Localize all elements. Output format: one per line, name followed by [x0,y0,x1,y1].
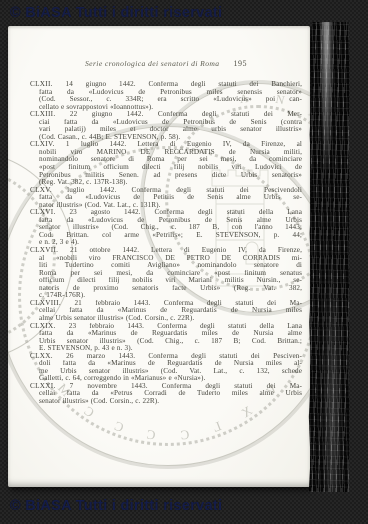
entry-line: CLXIX. 23 febbraio 1443. Conferma degli … [30,323,302,331]
entry-line: e n. 2, 3 e 4). [30,239,302,247]
stamp-letter: C [112,418,126,436]
entry-line: fatta da «Ludovicus de Petronibus miles … [30,89,302,97]
entry-line: cellato e sovrappostovi «Ioannottus»). [30,104,302,112]
entry-line: c. 174R-176R). [30,292,302,300]
entry-label: CLXX. [30,353,53,360]
entry: CLXV. luglio 1442. Conferma degli statut… [30,187,302,210]
entry-line: liti Tudertino comiti Avigliano» nominan… [30,262,302,270]
entry-line: CLXVIII. 21 febbraio 1443. Conferma degl… [30,300,302,308]
entry-line: senator illustris» (Cod. Chig., c. 187 B… [30,224,302,232]
entry: CLXXI. 7 novembre 1443. Conferma degli s… [30,383,302,406]
entry: CLXVIII. 21 febbraio 1443. Conferma degl… [30,300,302,323]
entry-label: CLXII. [30,81,53,88]
entry-line: me Urbis senator illustris» (Cod. Vat. L… [30,368,302,376]
entry-line: Cod. Brittan. col arme «Petrilis»; E. ST… [30,232,302,240]
entry-line: CLXX. 26 marzo 1443. Conferma degli stat… [30,353,302,361]
entry-line: vari palatij) miles et doctor alme urbis… [30,126,302,134]
entry-line: Roma per sei mesi, da cominciare «post f… [30,270,302,278]
entry-line: (Cod. Casan., c. 44B; E. STEVENSON, p. 5… [30,134,302,142]
entry-line: officium dilecti filij nobilis viri Mari… [30,277,302,285]
entry-label: CLXVII. [30,247,58,254]
entry-line: «post finitum officium dilecti filij nob… [30,164,302,172]
stamp-letter: L [211,418,224,436]
entry-label: CLXVIII. [30,300,61,307]
entry-line: Galletti, c. 64, correggendo in «Marianu… [30,375,302,383]
scanned-page: ANNO MCCCCLXV Serie cronologica dei sena… [8,26,310,487]
entry-line: CLXXI. 7 novembre 1443. Conferma degli s… [30,383,302,391]
entry-line: nominandolo senatore di Roma per sei mes… [30,156,302,164]
entry-label: CLXIII. [30,111,55,118]
entry-label: CLXIX. [30,323,56,330]
entry-line: nobili viro MARINO DE RECCARDATIS de Nur… [30,149,302,157]
entry-label: CLXIV. [30,141,55,148]
copyright-watermark-bottom: © BiASA Tutti i diritti riservati [10,498,222,514]
entry-label: CLXV. [30,187,52,194]
copyright-watermark-top: © BiASA Tutti i diritti riservati [10,5,222,21]
stamp-letter: C [179,427,190,444]
entry-list: CLXII. 14 giugno 1442. Conferma degli st… [30,81,302,406]
entry-line: fatta da «Marinus de Reguardatis miles d… [30,330,302,338]
entry-line: CLXIV. 1 luglio 1442. Lettera di Eugenio… [30,141,302,149]
entry: CLXIX. 23 febbraio 1443. Conferma degli … [30,323,302,353]
entry-line: senator illustris» (Cod. Corsin., c. 22R… [30,398,302,406]
entry-line: ciai fatta da «Ludovicus de Petronibus d… [30,119,302,127]
page-header: Serie cronologica dei senatori di Roma 1… [30,59,302,68]
entry-line: CLXIII. 22 giugno 1442. Conferma degli s… [30,111,302,119]
entry-line: Urbis senator illustris» (Cod. Chig., c.… [30,338,302,346]
entry-line: E. STEVENSON, p. 43 e n. 3). [30,345,302,353]
entry-line: CLXVII. 21 ottobre 1442. Lettera di Euge… [30,247,302,255]
entry-line: cellai fatta da «Marinus de Reguardatis … [30,307,302,315]
entry-line: al «nobili viro FRANCISCO DE PETRO DE CO… [30,255,302,263]
page-title: Serie cronologica dei senatori di Roma [85,59,220,68]
entry-line: nator illustris» (Cod. Vat. Lat., c. 131… [30,202,302,210]
entry-line: cellai fatta da «Petrus Corradi de Tuder… [30,390,302,398]
entry: CLXX. 26 marzo 1443. Conferma degli stat… [30,353,302,383]
entry-line: Petronibus militis Senen. ad presens dic… [30,172,302,180]
entry-line: (Reg. Vat. 382, c. 137R-138). [30,179,302,187]
entry-line: alme Urbis senator illustris» (Cod. Cors… [30,315,302,323]
entry-line: CLXV. luglio 1442. Conferma degli statut… [30,187,302,195]
entry-line: (Cod. Sessor., c. 334R; era scritto «Lud… [30,96,302,104]
entry-label: CLXVI. [30,209,56,216]
scanned-book-photo: © BiASA Tutti i diritti riservati ANNO M… [0,0,368,524]
stamp-letter: N [305,106,310,123]
entry-line: doli fatta da «Marinus de Reguardatis de… [30,360,302,368]
entry-line: natoris de proximo senatoris facte Urbis… [30,285,302,293]
stamp-letter: C [146,427,157,444]
entry: CLXVII. 21 ottobre 1442. Lettera di Euge… [30,247,302,300]
book-spine-edge [308,22,349,492]
entry: CLXIII. 22 giugno 1442. Conferma degli s… [30,111,302,141]
entry: CLXIV. 1 luglio 1442. Lettera di Eugenio… [30,141,302,186]
entry-label: CLXXI. [30,383,56,390]
entry: CLXII. 14 giugno 1442. Conferma degli st… [30,81,302,111]
entry: CLXVI. 23 agosto 1442. Conferma degli st… [30,209,302,247]
page-number: 195 [234,59,248,68]
entry-line: fatta da «Ludovicus de Petitiis de Senis… [30,194,302,202]
entry-line: CLXII. 14 giugno 1442. Conferma degli st… [30,81,302,89]
entry-line: fatta da «Ludovicus de Petronibus de Sen… [30,217,302,225]
entry-line: CLXVI. 23 agosto 1442. Conferma degli st… [30,209,302,217]
